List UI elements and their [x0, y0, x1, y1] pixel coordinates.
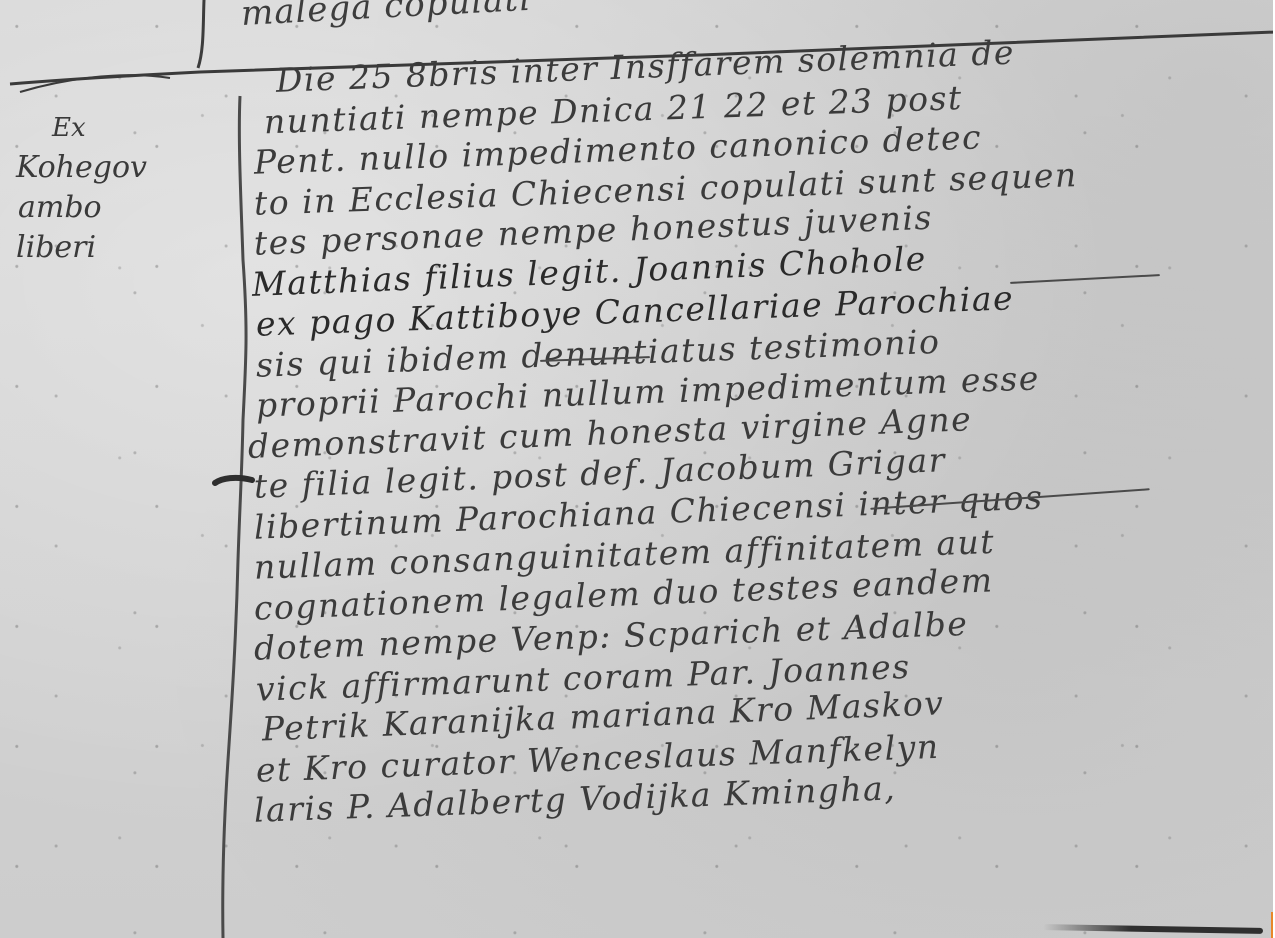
margin-note-line: liberi [12, 228, 212, 268]
margin-note-line: Ex [12, 108, 212, 148]
margin-note-line: ambo [12, 188, 212, 228]
scan-edge-mark [1271, 912, 1273, 938]
marriage-entry-text: Die 25 8bris inter Insffarem solemnia de… [248, 62, 1258, 832]
ink-stroke [1043, 924, 1263, 934]
margin-note: Ex Kohegov ambo liberi [12, 108, 212, 268]
margin-note-line: Kohegov [12, 148, 212, 188]
manuscript-page: malega copulati Ex Kohegov ambo liberi D… [0, 0, 1273, 938]
